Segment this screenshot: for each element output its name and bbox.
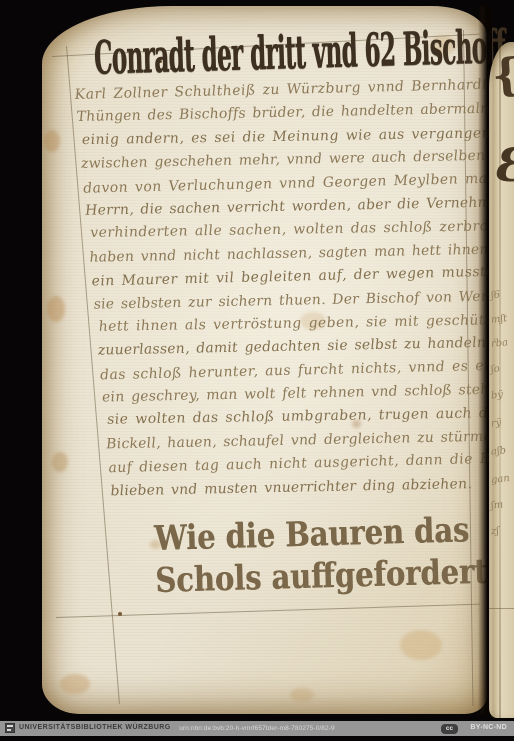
cc-license-icon: cc (441, 724, 458, 734)
foxing-stain (44, 130, 60, 152)
page-fold-line (489, 608, 514, 609)
text-fragment: bÿ (490, 389, 503, 401)
text-fragment: ʃo (490, 364, 500, 376)
text-fragment: gan (490, 473, 510, 486)
urn-identifier: urn:nbn:de:bvb:20-h-vmrf657tder-m8-78027… (0, 725, 514, 732)
facing-page-edge: { Ɛ ʃ6 mʃt ŕba ʃo bÿ rÿ aʃb gan ʃm zʃ (489, 42, 514, 718)
section-heading: Wie die Bauren das Schols auffgefordertt… (154, 510, 445, 602)
text-fragment: ʃm (490, 499, 503, 511)
text-fragment: mʃt (490, 313, 507, 326)
foxing-stain (400, 630, 442, 660)
text-fragment: rÿ (490, 417, 502, 429)
facing-page-initial: Ɛ (493, 138, 514, 192)
watermark-footer: UNIVERSITÄTSBIBLIOTHEK WÜRZBURG urn:nbn:… (0, 721, 514, 736)
chapter-heading: Conradt der dritt vnd 62 Bischoff (93, 20, 505, 85)
foxing-stain (47, 296, 65, 322)
text-fragment: ŕba (490, 337, 508, 350)
cc-license-label: BY-NC-ND (470, 724, 507, 731)
manuscript-body-text: Karl Zollner Schultheiß zu Würzburg vnnd… (74, 78, 514, 506)
foxing-stain (290, 688, 314, 702)
text-fragment: aʃb (490, 445, 506, 458)
section-heading-line: Schols auffgefordertt. (155, 552, 445, 602)
facing-page-initial: { (490, 49, 514, 102)
text-fragment: zʃ (490, 526, 499, 538)
foxing-stain (60, 674, 90, 694)
foxing-stain (52, 452, 68, 472)
text-fragment: ʃ6 (490, 290, 500, 302)
manuscript-scan-viewport: { "page": { "heading": "Conradt der drit… (0, 0, 514, 741)
